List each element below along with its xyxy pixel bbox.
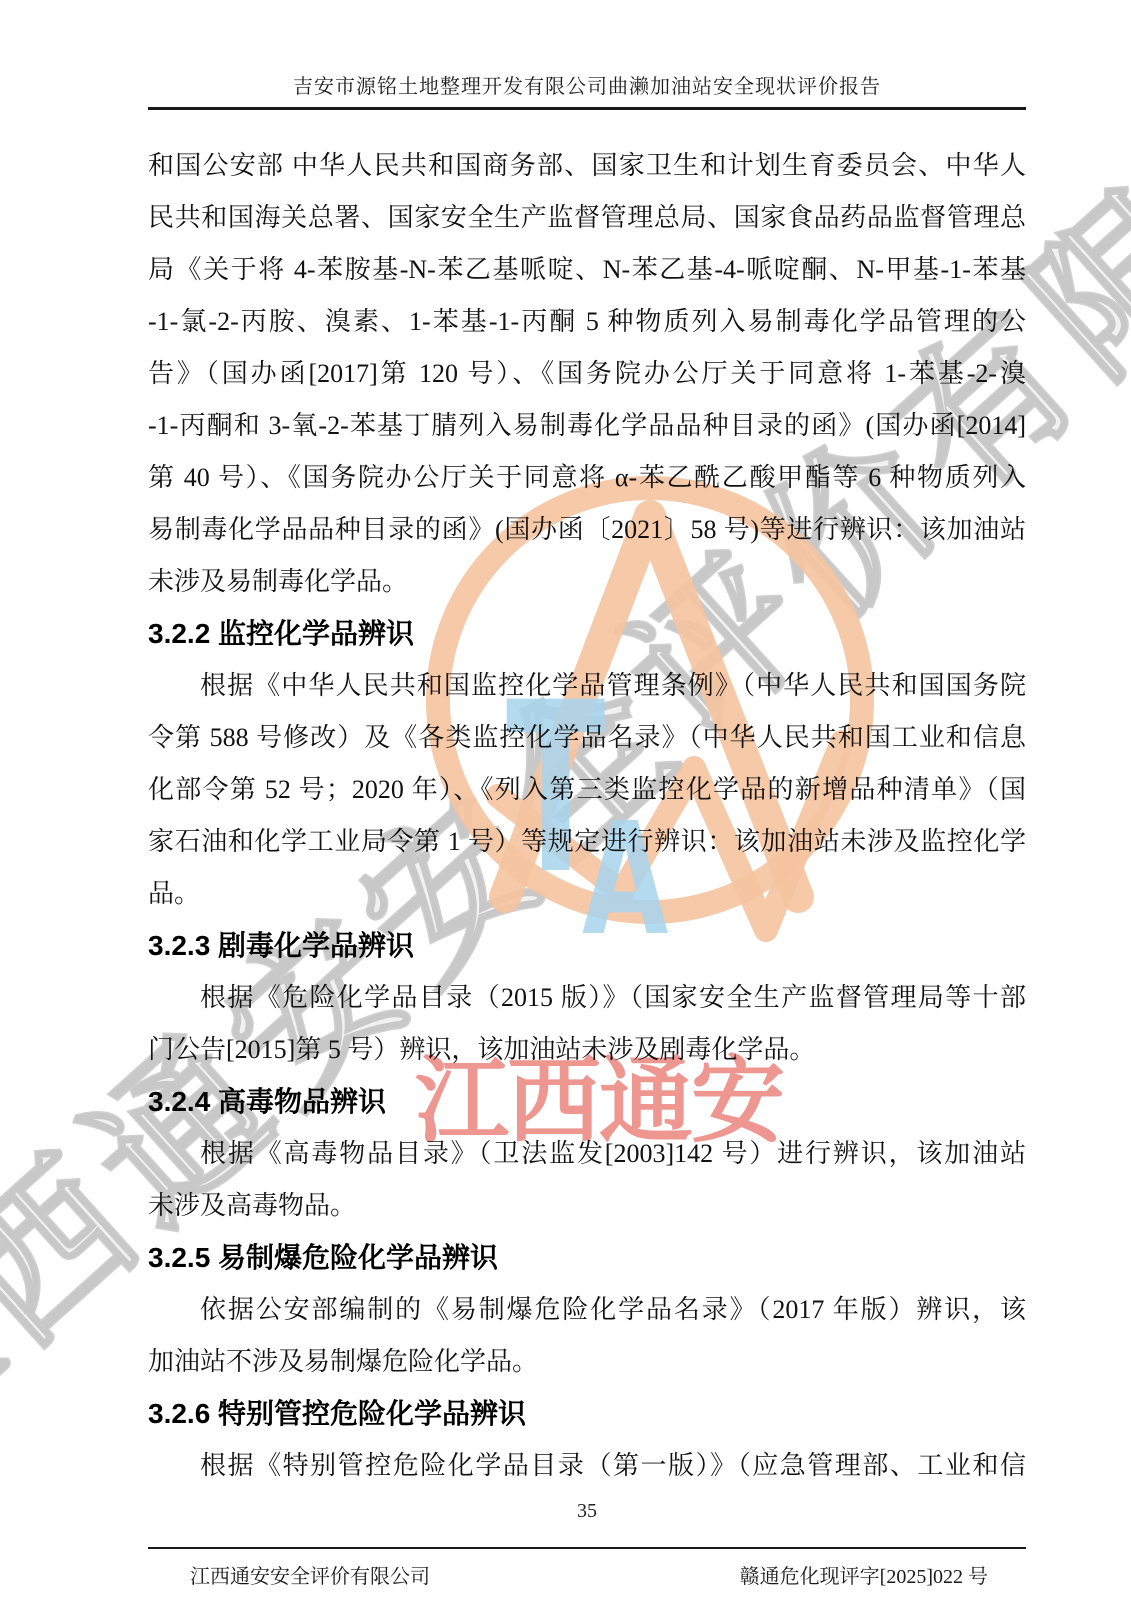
paragraph-line: 品。	[148, 868, 1026, 920]
paragraph-line: 门公告[2015]第 5 号）辨识，该加油站未涉及剧毒化学品。	[148, 1024, 1026, 1076]
page-number: 35	[148, 1498, 1026, 1524]
paragraph-line: 根据《特别管控危险化学品目录（第一版）》（应急管理部、工业和信	[148, 1440, 1026, 1492]
paragraph-line: 未涉及易制毒化学品。	[148, 556, 1026, 608]
paragraph-line: 根据《高毒物品目录》（卫法监发[2003]142 号）进行辨识，该加油站	[148, 1128, 1026, 1180]
paragraph-line: -1-氯-2-丙胺、溴素、1-苯基-1-丙酮 5 种物质列入易制毒化学品管理的公	[148, 296, 1026, 348]
paragraph-line: 家石油和化学工业局令第 1 号）等规定进行辨识：该加油站未涉及监控化学	[148, 816, 1026, 868]
paragraph-line: 第 40 号）、《国务院办公厅关于同意将 α-苯乙酰乙酸甲酯等 6 种物质列入	[148, 452, 1026, 504]
paragraph-line: 告》（国办函[2017]第 120 号）、《国务院办公厅关于同意将 1-苯基-2…	[148, 348, 1026, 400]
section-heading: 3.2.6 特别管控危险化学品辨识	[148, 1388, 1026, 1440]
paragraph-line: 和国公安部 中华人民共和国商务部、国家卫生和计划生育委员会、中华人	[148, 140, 1026, 192]
body-text-block: 和国公安部 中华人民共和国商务部、国家卫生和计划生育委员会、中华人 民共和国海关…	[148, 140, 1026, 1492]
paragraph-line: -1-丙酮和 3-氧-2-苯基丁腈列入易制毒化学品品种目录的函》(国办函[201…	[148, 400, 1026, 452]
paragraph-line: 根据《危险化学品目录（2015 版）》（国家安全生产监督管理局等十部	[148, 972, 1026, 1024]
paragraph-line: 加油站不涉及易制爆危险化学品。	[148, 1336, 1026, 1388]
footer-rule	[148, 1547, 1026, 1549]
footer-doc-number: 赣通危化现评字[2025]022 号	[740, 1563, 988, 1591]
paragraph-line: 依据公安部编制的《易制爆危险化学品名录》（2017 年版）辨识，该	[148, 1284, 1026, 1336]
paragraph-line: 易制毒化学品品种目录的函》(国办函〔2021〕58 号)等进行辨识：该加油站	[148, 504, 1026, 556]
section-heading: 3.2.4 高毒物品辨识	[148, 1076, 1026, 1128]
document-page: 江西通安安全评价有限公司 T A 江西通安 吉安市源铭土地整理开发有限公司曲濑加…	[0, 0, 1131, 1600]
paragraph-line: 未涉及高毒物品。	[148, 1180, 1026, 1232]
paragraph-line: 令第 588 号修改）及《各类监控化学品名录》（中华人民共和国工业和信息	[148, 712, 1026, 764]
report-header-title: 吉安市源铭土地整理开发有限公司曲濑加油站安全现状评价报告	[148, 72, 1026, 102]
footer-company-name: 江西通安安全评价有限公司	[190, 1563, 430, 1591]
paragraph-line: 化部令第 52 号；2020 年）、《列入第三类监控化学品的新增品种清单》（国	[148, 764, 1026, 816]
content-layer: 吉安市源铭土地整理开发有限公司曲濑加油站安全现状评价报告 和国公安部 中华人民共…	[0, 0, 1131, 1600]
paragraph-line: 民共和国海关总署、国家安全生产监督管理总局、国家食品药品监督管理总	[148, 192, 1026, 244]
section-heading: 3.2.5 易制爆危险化学品辨识	[148, 1232, 1026, 1284]
header-rule	[148, 107, 1026, 110]
section-heading: 3.2.2 监控化学品辨识	[148, 608, 1026, 660]
paragraph-line: 根据《中华人民共和国监控化学品管理条例》（中华人民共和国国务院	[148, 660, 1026, 712]
section-heading: 3.2.3 剧毒化学品辨识	[148, 920, 1026, 972]
paragraph-line: 局《关于将 4-苯胺基-N-苯乙基哌啶、N-苯乙基-4-哌啶酮、N-甲基-1-苯…	[148, 244, 1026, 296]
